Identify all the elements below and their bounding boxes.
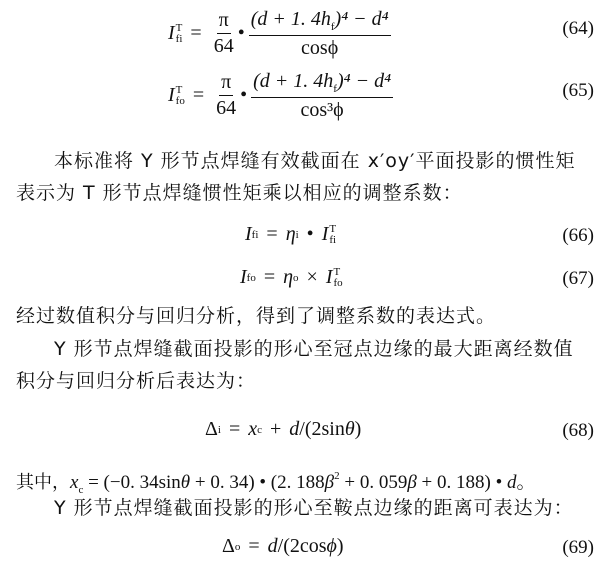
plus: + [270,418,281,441]
xc-formula: xc = (−0. 34sinθ + 0. 34) • (2. 188β2 + … [70,472,536,493]
equals: = [264,266,275,289]
subscript: i [218,424,221,436]
symbol-delta: Δ [205,418,218,441]
dot-operator: • [307,223,314,246]
denominator: 64 [216,96,236,120]
dot-operator: • [238,22,245,45]
equation-64: I Tfi = π64 • (d + 1. 4hf)⁴ − d⁴ cosϕ (6… [0,8,600,58]
dot-operator: • [240,84,247,107]
num-tail: )⁴ − d⁴ [337,70,391,92]
num-expr: (d + 1. 4h [251,8,331,30]
equation-69-body: Δo = d/(2cosϕ) [222,535,344,558]
subscript: fo [176,96,185,107]
equation-65: I Tfo = π64 • (d + 1. 4hf)⁴ − d⁴ cos³ϕ (… [0,70,600,120]
paragraph-3-line-2: 积分与回归分析后表达为： [16,365,591,397]
super-sub: Tfi [176,23,183,45]
paragraph-3-line-1: Y 形节点焊缝截面投影的形心至冠点边缘的最大距离经数值 [16,333,591,365]
subscript: o [293,272,299,284]
expr: d [268,535,278,558]
superscript: T [334,267,343,278]
equals: = [229,418,240,441]
numerator: π [219,71,233,96]
symbol-I: I [240,266,247,289]
equation-68-body: Δi = xc + d/(2sinθ) [205,418,361,441]
super-sub: Tfi [329,224,336,246]
denominator: 64 [214,34,234,58]
symbol-I: I [245,223,252,246]
equals: = [248,535,259,558]
super-sub: Tfo [176,85,185,107]
equation-69: Δo = d/(2cosϕ) (69) [0,535,600,565]
paragraph-1-line-1: 本标准将 Y 形节点焊缝有效截面在 x′oy′平面投影的惯性矩 [16,145,591,177]
symbol-I: I [168,22,175,45]
equals: = [193,84,204,107]
subscript: fi [252,229,259,241]
subscript: c [257,424,262,436]
equals: = [266,223,277,246]
where-label: 其中， [16,472,70,493]
fraction-main: (d + 1. 4hf)⁴ − d⁴ cosϕ [249,8,391,60]
equals: = [190,22,201,45]
superscript: T [329,224,336,235]
num-tail: )⁴ − d⁴ [335,8,389,30]
times-operator: × [307,266,318,289]
numerator: (d + 1. 4hf)⁴ − d⁴ [251,70,393,98]
equation-number: (66) [562,225,594,247]
paragraph-2: 经过数值积分与回归分析，得到了调整系数的表达式。 [16,300,591,332]
fraction-coef: π64 [214,9,234,58]
numerator: π [217,9,231,34]
subscript: fi [176,34,183,45]
equation-number: (67) [562,268,594,290]
equation-66-body: Ifi = ηi • ITfi [245,223,336,246]
subscript: i [296,229,299,241]
subscript: o [235,541,241,553]
equation-65-body: I Tfo = π64 • (d + 1. 4hf)⁴ − d⁴ cos³ϕ [168,70,397,122]
expr: d [289,418,299,441]
denominator: cos³ϕ [300,98,343,122]
equation-68: Δi = xc + d/(2sinθ) (68) [0,418,600,448]
equation-67: Ifo = ηo × ITfo (67) [0,266,600,296]
symbol-I: I [326,266,333,289]
symbol-I: I [322,223,329,246]
denominator: cosϕ [301,36,338,60]
paragraph-1-line-2: 表示为 T 形节点焊缝惯性矩乘以相应的调整系数： [16,177,591,209]
symbol-eta: η [286,223,296,246]
symbol-delta: Δ [222,535,235,558]
equation-number: (64) [562,18,594,40]
equation-number: (69) [562,537,594,559]
fraction-coef: π64 [216,71,236,120]
symbol-x: x [248,418,257,441]
paragraph-5: Y 形节点焊缝截面投影的形心至鞍点边缘的距离可表达为： [16,492,591,524]
equation-66: Ifi = ηi • ITfi (66) [0,223,600,253]
equation-67-body: Ifo = ηo × ITfo [240,266,343,289]
equation-64-body: I Tfi = π64 • (d + 1. 4hf)⁴ − d⁴ cosϕ [168,8,395,60]
symbol-eta: η [283,266,293,289]
equation-number: (65) [562,80,594,102]
expr-rest: /(2cosϕ) [278,535,344,558]
super-sub: Tfo [334,267,343,289]
fraction-main: (d + 1. 4hf)⁴ − d⁴ cos³ϕ [251,70,393,122]
equation-number: (68) [562,420,594,442]
subscript: fo [334,278,343,289]
expr-rest: /(2sinθ) [299,418,361,441]
subscript: fo [247,272,256,284]
num-expr: (d + 1. 4h [253,70,333,92]
subscript: fi [329,235,336,246]
numerator: (d + 1. 4hf)⁴ − d⁴ [249,8,391,36]
symbol-I: I [168,84,175,107]
